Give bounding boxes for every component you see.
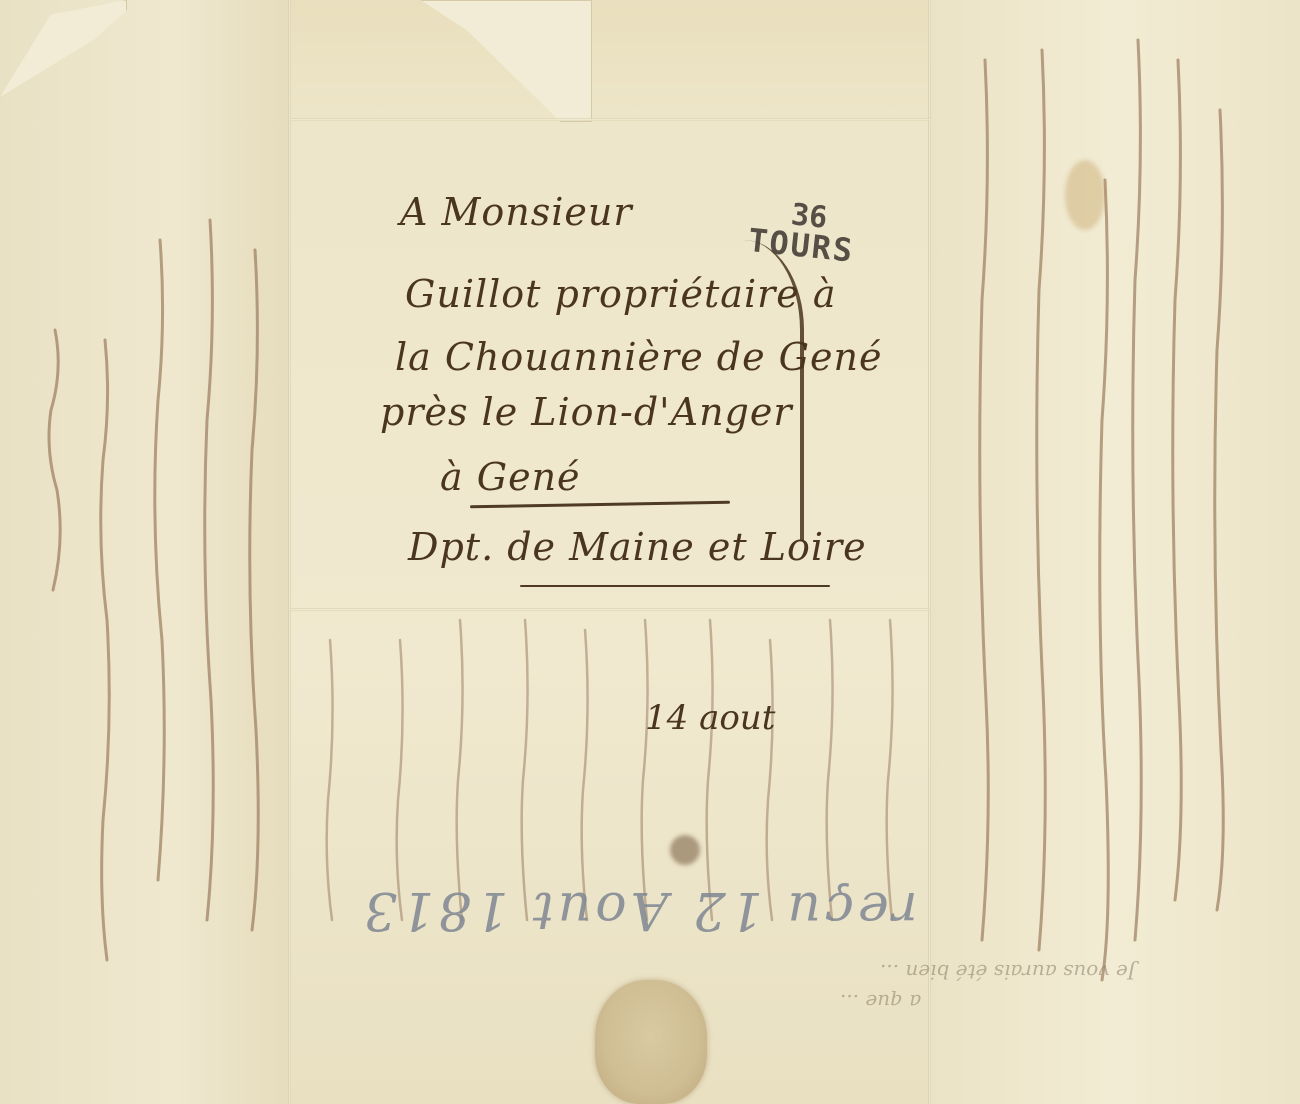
stain-spot — [1065, 160, 1105, 230]
date-note: 14 aout — [645, 698, 775, 738]
faint-reversed-line-2: a que ... — [840, 990, 921, 1014]
address-underline-2 — [520, 585, 830, 587]
vertical-script-right — [930, 0, 1300, 1104]
faint-reversed-line-1: Je vous aurais été bien ... — [880, 960, 1136, 984]
letter-sheet: A Monsieur Guillot propriétaire à la Cho… — [0, 0, 1300, 1104]
postage-rate-mark — [690, 240, 804, 540]
address-line-1: A Monsieur — [400, 190, 633, 234]
address-line-5: à Gené — [440, 455, 581, 499]
stain-spot — [670, 835, 700, 865]
pencil-received-note: reçu 12 Aout 1813 — [360, 880, 918, 940]
vertical-script-left — [0, 0, 290, 1104]
wax-seal-remnant — [595, 980, 707, 1104]
address-line-3: la Chouannière de Gené — [395, 335, 882, 379]
